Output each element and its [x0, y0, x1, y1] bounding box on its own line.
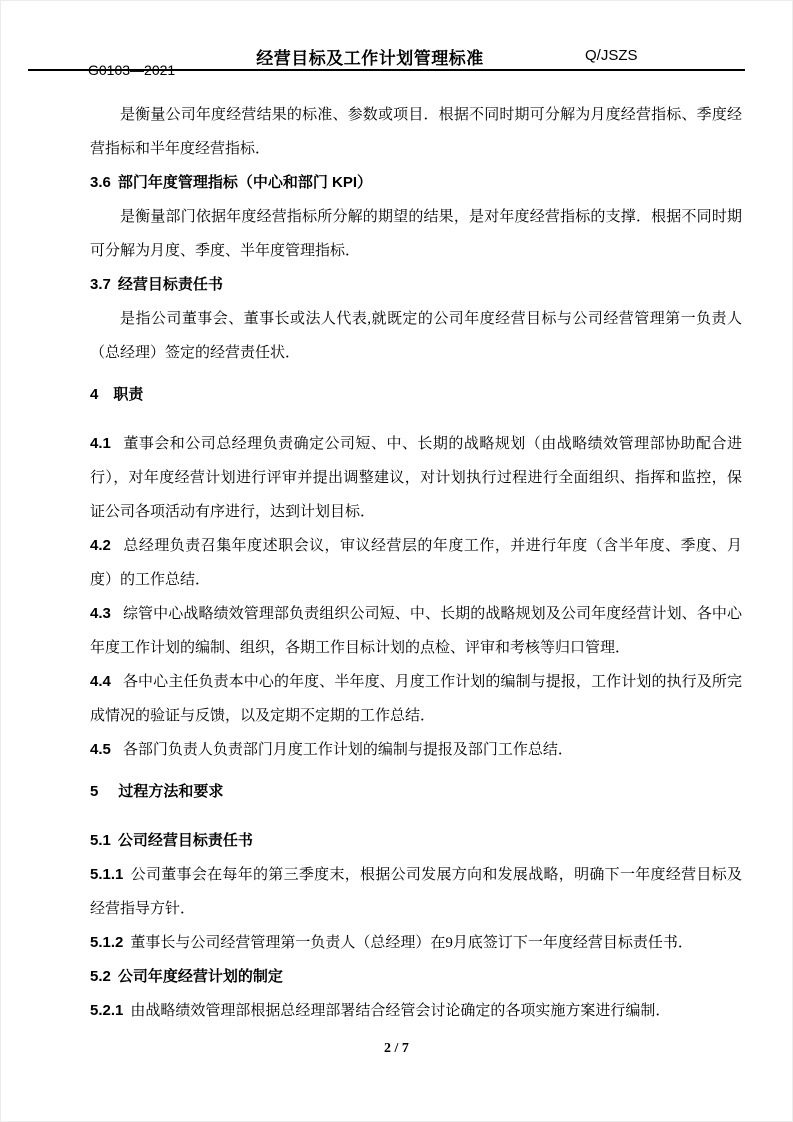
clause-4-4: 4.4各中心主任负责本中心的年度、半年度、月度工作计划的编制与提报，工作计划的执…: [90, 665, 742, 733]
document-number: G0103—2021: [88, 62, 175, 78]
clause-number: 4.1: [90, 435, 111, 452]
clause-number: 4.2: [90, 537, 111, 554]
clause-5-1-1: 5.1.1公司董事会在每年的第三季度末，根据公司发展方向和发展战略，明确下一年度…: [90, 858, 742, 926]
paragraph-annual-operating-indicator-definition: 是衡量公司年度经营结果的标准、参数或项目．根据不同时期可分解为月度经营指标、季度…: [90, 98, 742, 166]
clause-number: 4.3: [90, 605, 111, 622]
clause-text: 公司董事会在每年的第三季度末，根据公司发展方向和发展战略，明确下一年度经营目标及…: [90, 867, 742, 917]
document-body: 是衡量公司年度经营结果的标准、参数或项目．根据不同时期可分解为月度经营指标、季度…: [90, 98, 742, 1028]
chapter-number: 4: [90, 386, 98, 403]
clause-4-1: 4.1董事会和公司总经理负责确定公司短、中、长期的战略规划（由战略绩效管理部协助…: [90, 427, 742, 529]
clause-4-5: 4.5各部门负责人负责部门月度工作计划的编制与提报及部门工作总结．: [90, 733, 742, 767]
clause-text: 董事长与公司经营管理第一负责人（总经理）在9月底签订下一年度经营目标责任书．: [130, 935, 693, 951]
clause-text: 由战略绩效管理部根据总经理部署结合经管会讨论确定的各项实施方案进行编制．: [130, 1003, 670, 1019]
chapter-heading-text: 职责: [113, 386, 143, 403]
section-heading-3-7: 3.7经营目标责任书: [90, 268, 742, 302]
paragraph-department-kpi-definition: 是衡量部门依据年度经营指标所分解的期望的结果，是对年度经营指标的支撑．根据不同时…: [90, 200, 742, 268]
clause-text: 各中心主任负责本中心的年度、半年度、月度工作计划的编制与提报，工作计划的执行及所…: [90, 674, 742, 724]
section-heading-text: 公司年度经营计划的制定: [118, 968, 283, 985]
clause-4-2: 4.2总经理负责召集年度述职会议，审议经营层的年度工作，并进行年度（含半年度、季…: [90, 529, 742, 597]
clause-text: 综管中心战略绩效管理部负责组织公司短、中、长期的战略规划及公司年度经营计划、各中…: [90, 606, 742, 656]
section-heading-5-2: 5.2公司年度经营计划的制定: [90, 960, 742, 994]
clause-number: 5.2.1: [90, 1002, 123, 1019]
clause-4-3: 4.3综管中心战略绩效管理部负责组织公司短、中、长期的战略规划及公司年度经营计划…: [90, 597, 742, 665]
clause-number: 4.5: [90, 741, 111, 758]
clause-number: 5.1.1: [90, 866, 123, 883]
section-heading-text: 经营目标责任书: [118, 276, 223, 293]
section-number: 5.1: [90, 832, 111, 849]
chapter-heading-4: 4职责: [90, 378, 742, 412]
clause-5-1-2: 5.1.2董事长与公司经营管理第一负责人（总经理）在9月底签订下一年度经营目标责…: [90, 926, 742, 960]
section-number: 3.6: [90, 174, 111, 191]
clause-number: 5.1.2: [90, 934, 123, 951]
page-number: 2 / 7: [0, 1032, 793, 1066]
clause-text: 总经理负责召集年度述职会议，审议经营层的年度工作，并进行年度（含半年度、季度、月…: [90, 538, 742, 588]
document-page: 经营目标及工作计划管理标准 Q/JSZS G0103—2021 是衡量公司年度经…: [0, 0, 793, 1122]
chapter-number: 5: [90, 783, 98, 800]
section-heading-5-1: 5.1公司经营目标责任书: [90, 824, 742, 858]
clause-text: 各部门负责人负责部门月度工作计划的编制与提报及部门工作总结．: [123, 742, 573, 758]
chapter-heading-text: 过程方法和要求: [118, 783, 223, 800]
section-number: 3.7: [90, 276, 111, 293]
chapter-heading-5: 5过程方法和要求: [90, 775, 742, 809]
section-heading-3-6: 3.6部门年度管理指标（中心和部门 KPI）: [90, 166, 742, 200]
section-heading-text: 部门年度管理指标（中心和部门 KPI）: [118, 174, 372, 191]
clause-text: 董事会和公司总经理负责确定公司短、中、长期的战略规划（由战略绩效管理部协助配合进…: [90, 436, 742, 520]
paragraph-responsibility-letter-definition: 是指公司董事会、董事长或法人代表,就既定的公司年度经营目标与公司经营管理第一负责…: [90, 302, 742, 370]
clause-5-2-1: 5.2.1由战略绩效管理部根据总经理部署结合经管会讨论确定的各项实施方案进行编制…: [90, 994, 742, 1028]
section-number: 5.2: [90, 968, 111, 985]
standard-code: Q/JSZS: [585, 47, 638, 64]
clause-number: 4.4: [90, 673, 111, 690]
section-heading-text: 公司经营目标责任书: [118, 832, 253, 849]
